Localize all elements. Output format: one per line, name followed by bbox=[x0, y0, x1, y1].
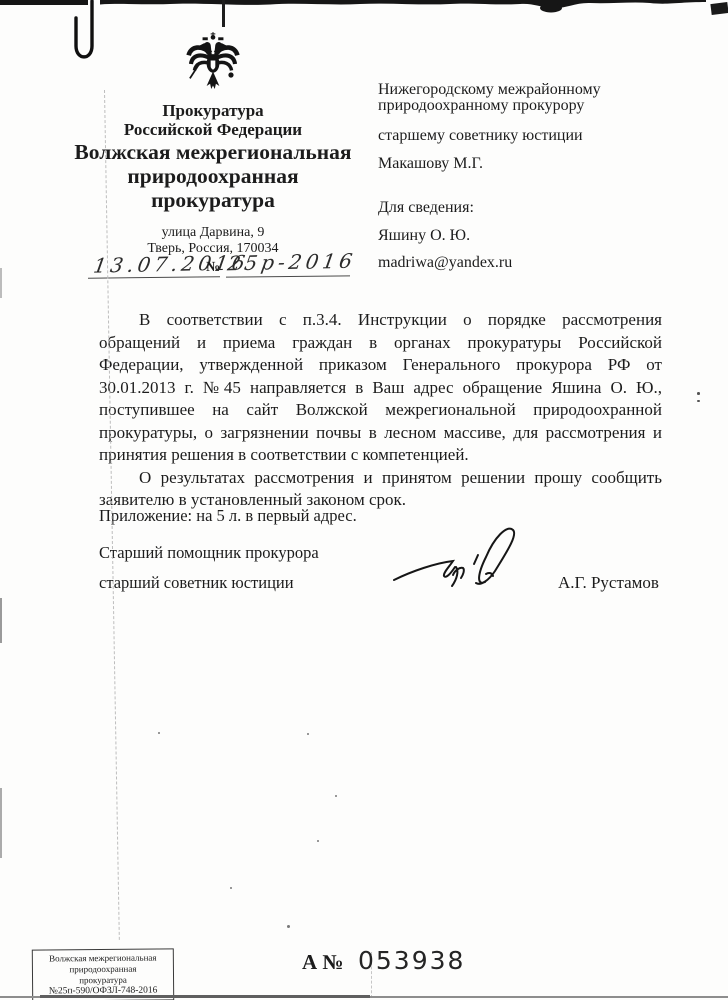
stamp-line1: Волжская межрегиональная bbox=[33, 952, 173, 964]
russia-coat-of-arms-icon bbox=[184, 32, 242, 96]
scan-colon-artifact bbox=[697, 392, 700, 407]
scan-speck bbox=[230, 887, 232, 889]
body-paragraph-2: О результатах рассмотрения и принятом ре… bbox=[99, 467, 662, 512]
scan-speck bbox=[307, 733, 309, 735]
scan-corner-mark bbox=[710, 2, 728, 15]
scan-edge-smudge bbox=[0, 788, 2, 858]
form-number-prefix: А № bbox=[302, 950, 344, 975]
org-address-line1: улица Дарвина, 9 bbox=[58, 225, 368, 241]
scan-edge-top-band bbox=[0, 0, 728, 16]
number-sign: № bbox=[206, 260, 220, 276]
scan-edge-bottom-dark bbox=[40, 995, 370, 998]
fyi-label: Для сведения: bbox=[378, 199, 688, 216]
recipient-name: Макашову М.Г. bbox=[378, 155, 688, 172]
scan-artifact-dash bbox=[222, 0, 225, 27]
letter-body: В соответствии с п.3.4. Инструкции о пор… bbox=[99, 309, 662, 512]
scan-speck bbox=[317, 840, 319, 842]
scan-speck bbox=[287, 925, 290, 928]
body-paragraph-1: В соответствии с п.3.4. Инструкции о пор… bbox=[99, 309, 662, 467]
signer-name: А.Г. Рустамов bbox=[558, 573, 659, 592]
signoff-position-line2: старший советник юстиции bbox=[99, 573, 294, 592]
fyi-email: madriwa@yandex.ru bbox=[378, 254, 688, 271]
org-name-line3: прокуратура bbox=[58, 188, 368, 212]
scan-speck bbox=[158, 732, 160, 734]
scanned-letter-page: Прокуратура Российской Федерации Волжска… bbox=[0, 0, 728, 1000]
recipient-line1: Нижегородскому межрайонному bbox=[378, 81, 688, 98]
scan-edge-smudge bbox=[0, 598, 2, 643]
handwritten-number: 25р-2016 bbox=[226, 249, 358, 276]
attachment-note: Приложение: на 5 л. в первый адрес. bbox=[99, 506, 357, 525]
scan-edge-smudge bbox=[0, 268, 2, 298]
signature-icon bbox=[390, 522, 560, 604]
paperclip-icon bbox=[66, 0, 102, 70]
fyi-name: Яшину О. Ю. bbox=[378, 227, 688, 244]
form-number-digits: 053938 bbox=[358, 946, 465, 975]
signoff-position-line1: Старший помощник прокурора bbox=[99, 543, 319, 562]
recipient-rank: старшему советнику юстиции bbox=[378, 127, 688, 144]
registration-stamp: Волжская межрегиональная природоохранная… bbox=[32, 948, 174, 1000]
number-underline bbox=[226, 275, 350, 277]
scan-speck bbox=[335, 795, 337, 797]
recipient-line2: природоохранному прокурору bbox=[378, 97, 688, 114]
